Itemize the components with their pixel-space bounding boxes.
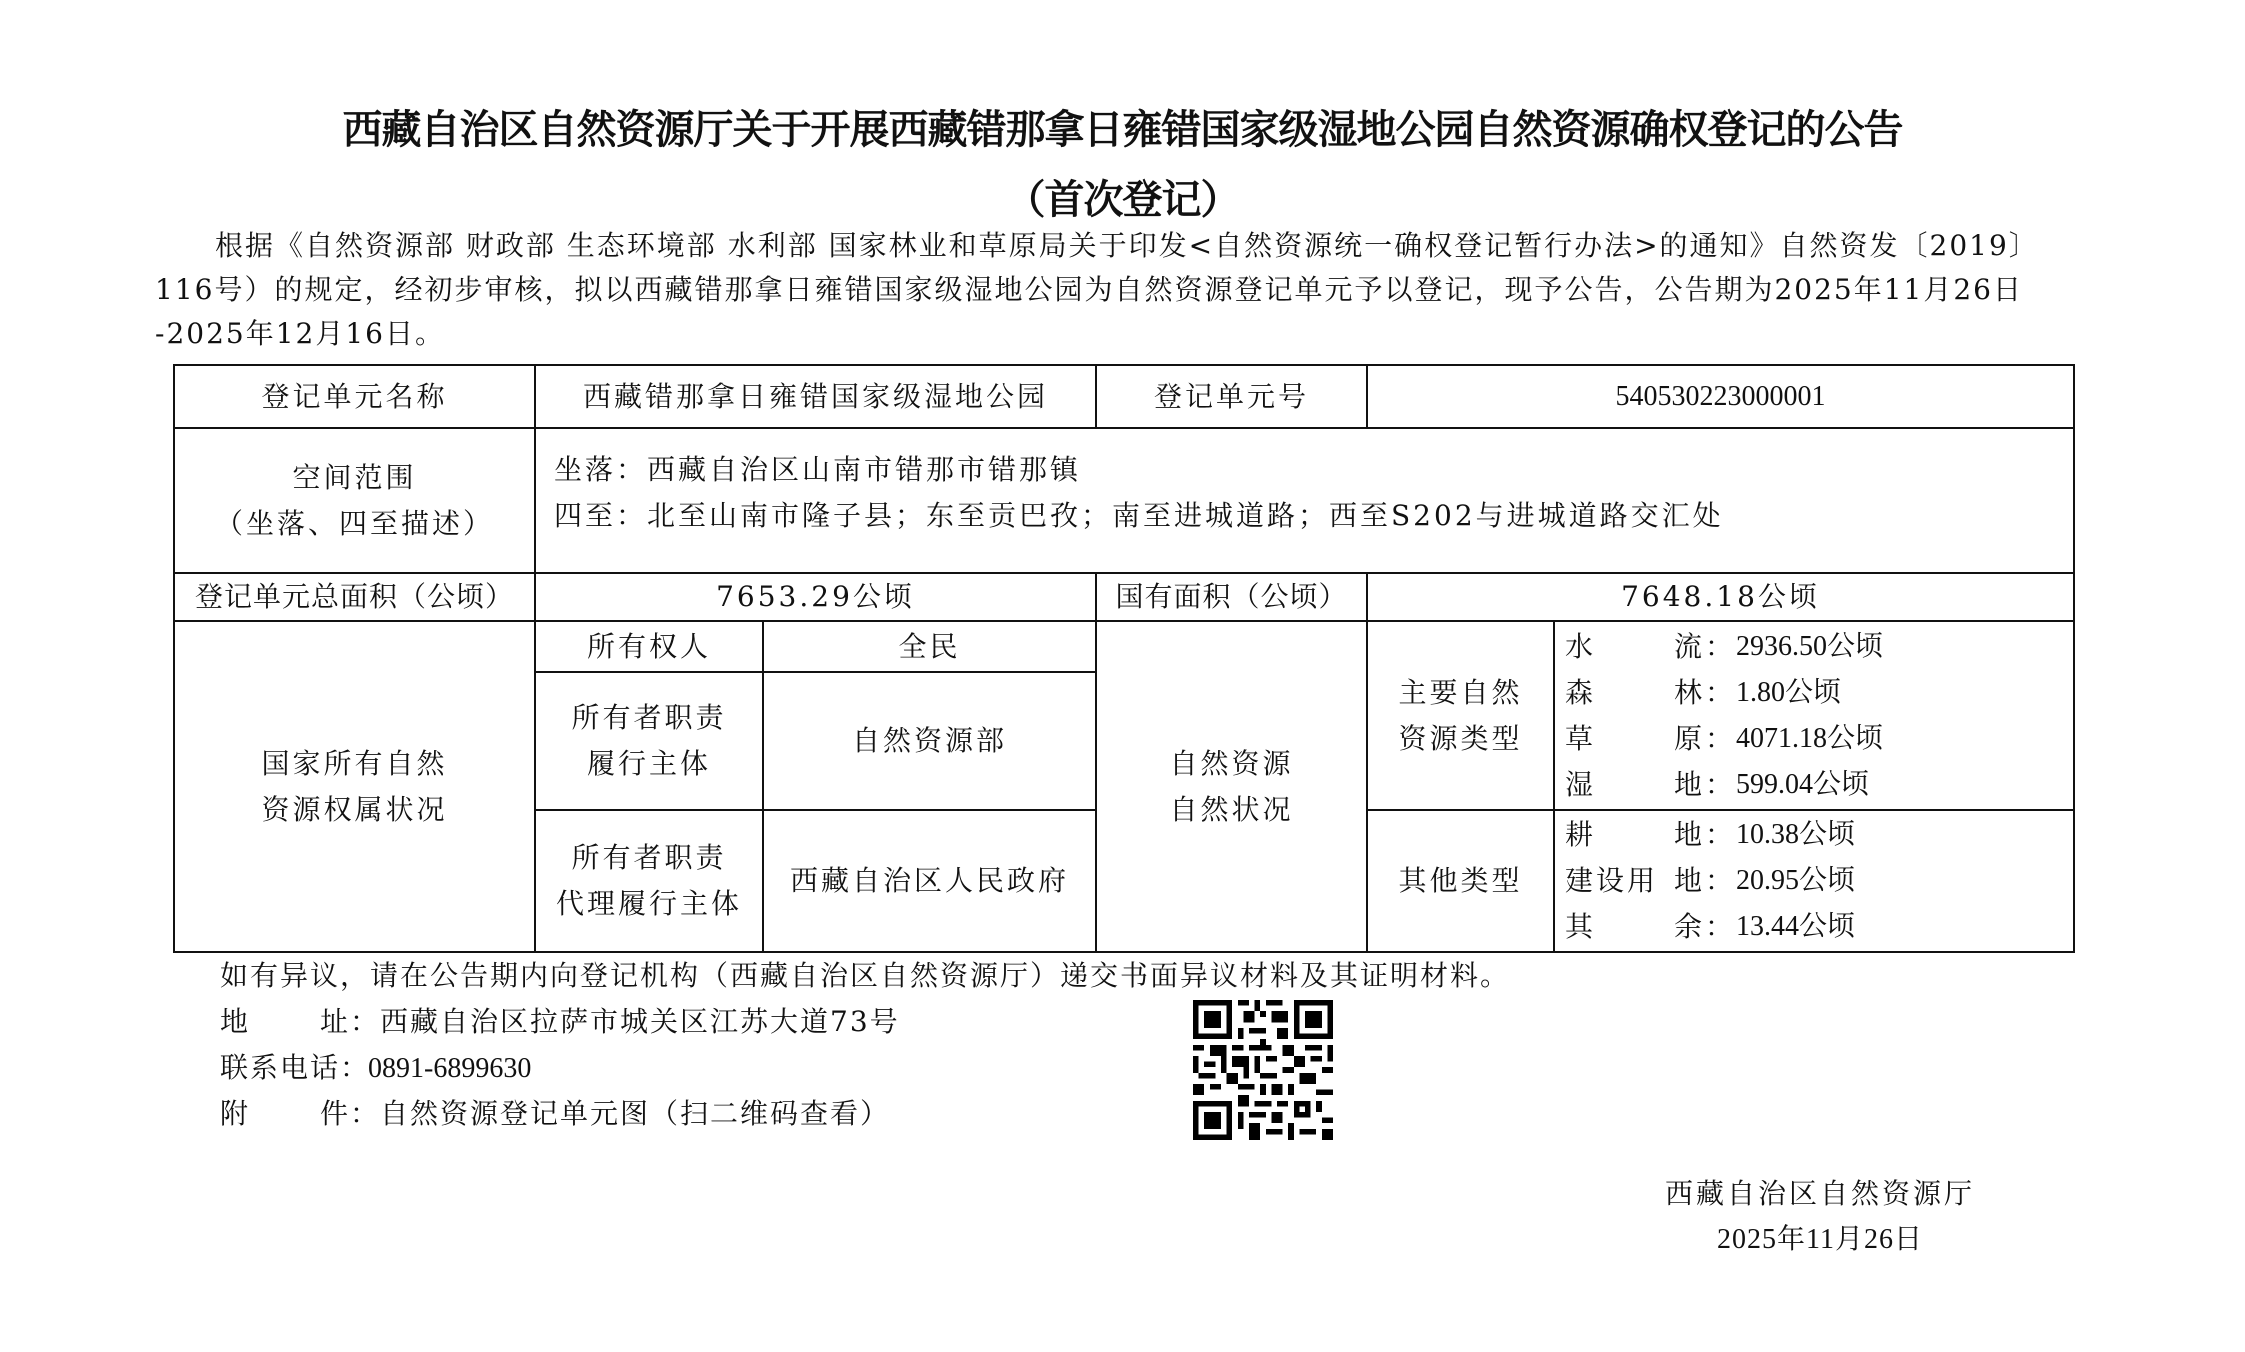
state-area-label: 国有面积（公顷） bbox=[1096, 573, 1367, 621]
qr-code-icon[interactable] bbox=[1193, 1000, 1333, 1140]
phone-line: 联系电话：0891-6899630 bbox=[220, 1045, 531, 1092]
state-area-value: 7648.18公顷 bbox=[1367, 573, 2074, 621]
space-range-label: 空间范围 （坐落、四至描述） bbox=[174, 428, 535, 573]
signature-date: 2025年11月26日 bbox=[1650, 1217, 1990, 1257]
announcement-title: 西藏自治区自然资源厅关于开展西藏错那拿日雍错国家级湿地公园自然资源确权登记的公告 bbox=[0, 98, 2245, 155]
agent-subject-label: 所有者职责 代理履行主体 bbox=[535, 810, 763, 952]
resource-row: 耕地：10.38公顷 bbox=[1565, 812, 2063, 858]
intro-line-3: -2025年12月16日。 bbox=[155, 312, 2105, 356]
intro-paragraph: 根据《自然资源部 财政部 生态环境部 水利部 国家林业和草原局关于印发<自然资源… bbox=[155, 224, 2105, 356]
signature-org: 西藏自治区自然资源厅 bbox=[1650, 1172, 1990, 1212]
attachment-value: ：自然资源登记单元图（扫二维码查看） bbox=[350, 1097, 890, 1130]
total-area-label: 登记单元总面积（公顷） bbox=[174, 573, 535, 621]
unit-name-label: 登记单元名称 bbox=[174, 365, 535, 428]
main-types-label: 主要自然 资源类型 bbox=[1367, 621, 1554, 810]
location-text: 坐落：西藏自治区山南市错那市错那镇 bbox=[554, 447, 2063, 493]
resource-row: 建设用地：20.95公顷 bbox=[1565, 858, 2063, 904]
phone-label: 联系电话 bbox=[220, 1051, 340, 1084]
intro-line-2: 116号）的规定，经初步审核，拟以西藏错那拿日雍错国家级湿地公园为自然资源登记单… bbox=[155, 268, 2105, 312]
main-resources-list: 水流：2936.50公顷 森林：1.80公顷 草原：4071.18公顷 湿地：5… bbox=[1554, 621, 2074, 810]
main-types-label-1: 主要自然 bbox=[1378, 670, 1543, 716]
other-types-label: 其他类型 bbox=[1367, 810, 1554, 952]
agent-subject-value: 西藏自治区人民政府 bbox=[763, 810, 1096, 952]
space-range-label-1: 空间范围 bbox=[185, 455, 524, 501]
unit-no-label: 登记单元号 bbox=[1096, 365, 1367, 428]
attachment-line: 附件：自然资源登记单元图（扫二维码查看） bbox=[220, 1091, 890, 1137]
objection-note: 如有异议，请在公告期内向登记机构（西藏自治区自然资源厅）递交书面异议材料及其证明… bbox=[220, 953, 1510, 999]
resource-row: 森林：1.80公顷 bbox=[1565, 670, 2063, 716]
duty-subject-value: 自然资源部 bbox=[763, 672, 1096, 810]
resource-row: 水流：2936.50公顷 bbox=[1565, 624, 2063, 670]
natural-condition-label-2: 自然状况 bbox=[1107, 787, 1356, 833]
unit-name-value: 西藏错那拿日雍错国家级湿地公园 bbox=[535, 365, 1096, 428]
owner-value: 全民 bbox=[763, 621, 1096, 672]
total-area-value: 7653.29公顷 bbox=[535, 573, 1096, 621]
other-resources-list: 耕地：10.38公顷 建设用地：20.95公顷 其余：13.44公顷 bbox=[1554, 810, 2074, 952]
owner-label: 所有权人 bbox=[535, 621, 763, 672]
natural-condition-label: 自然资源 自然状况 bbox=[1096, 621, 1367, 952]
ownership-status-label: 国家所有自然 资源权属状况 bbox=[174, 621, 535, 952]
duty-subject-label: 所有者职责 履行主体 bbox=[535, 672, 763, 810]
ownership-status-label-2: 资源权属状况 bbox=[185, 787, 524, 833]
resource-row: 湿地：599.04公顷 bbox=[1565, 762, 2063, 808]
space-range-label-2: （坐落、四至描述） bbox=[185, 501, 524, 547]
space-range-value: 坐落：西藏自治区山南市错那市错那镇 四至：北至山南市隆子县；东至贡巴孜；南至进城… bbox=[535, 428, 2074, 573]
main-types-label-2: 资源类型 bbox=[1378, 716, 1543, 762]
address-line: 地址：西藏自治区拉萨市城关区江苏大道73号 bbox=[220, 999, 900, 1045]
registration-table: 登记单元名称 西藏错那拿日雍错国家级湿地公园 登记单元号 54053022300… bbox=[173, 364, 2075, 953]
announcement-subtitle: （首次登记） bbox=[0, 168, 2245, 225]
ownership-status-label-1: 国家所有自然 bbox=[185, 741, 524, 787]
intro-line-1: 根据《自然资源部 财政部 生态环境部 水利部 国家林业和草原局关于印发<自然资源… bbox=[155, 224, 2105, 268]
resource-row: 其余：13.44公顷 bbox=[1565, 904, 2063, 950]
resource-row: 草原：4071.18公顷 bbox=[1565, 716, 2063, 762]
natural-condition-label-1: 自然资源 bbox=[1107, 741, 1356, 787]
address-value: ：西藏自治区拉萨市城关区江苏大道73号 bbox=[350, 1005, 900, 1038]
phone-value: ：0891-6899630 bbox=[340, 1053, 531, 1084]
unit-no-value: 540530223000001 bbox=[1367, 365, 2074, 428]
boundaries-text: 四至：北至山南市隆子县；东至贡巴孜；南至进城道路；西至S202与进城道路交汇处 bbox=[554, 493, 2063, 539]
